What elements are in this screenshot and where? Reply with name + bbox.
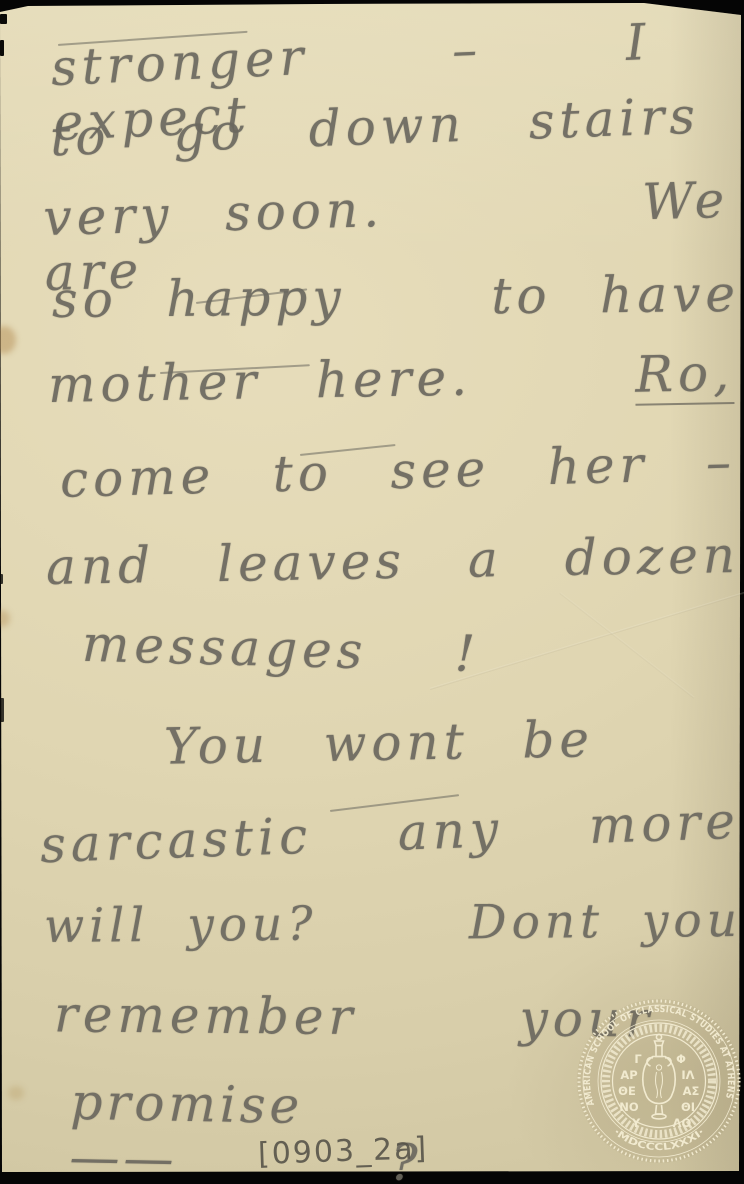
- letter-line: so happy to have: [52, 267, 740, 328]
- paper-speck: [0, 14, 7, 24]
- greek-letter: ΙΛ: [681, 1068, 694, 1082]
- paper-speck: [0, 574, 3, 584]
- paper-speck: [0, 40, 4, 56]
- letter-line: remember your: [54, 987, 654, 1047]
- letter-line-text: mother here.: [48, 346, 636, 414]
- greek-letter: Υ: [631, 1116, 641, 1130]
- underlined-name: Ro,: [635, 344, 735, 406]
- letter-line: and leaves a dozen: [46, 528, 741, 595]
- embossed-seal: AMERICAN SCHOOL OF CLASSICAL STUDIES AT …: [574, 993, 744, 1173]
- greek-letter: ΘΕ: [618, 1084, 636, 1098]
- greek-letter: Γ: [634, 1052, 642, 1066]
- greek-letter: ΘΙ: [681, 1100, 695, 1114]
- stain: [8, 1086, 24, 1100]
- letter-line: mother here. Ro,: [48, 346, 735, 413]
- greek-letter: ΑΣ: [683, 1084, 700, 1098]
- letter-line: messages !: [81, 617, 480, 682]
- scanned-letter-page: stronger – I expect to go down stairs ve…: [0, 0, 744, 1184]
- paper-speck: [0, 698, 4, 722]
- archive-caption: [0903_2a]: [257, 1131, 428, 1172]
- letter-line: will you? Dont you: [44, 895, 742, 953]
- greek-letter: ΑΡ: [620, 1068, 637, 1082]
- greek-letter: ΝΟ: [619, 1100, 639, 1114]
- letter-line: You wont be: [164, 712, 595, 774]
- greek-letter: Φ: [676, 1052, 686, 1066]
- greek-letter: ΛΟ: [673, 1116, 692, 1130]
